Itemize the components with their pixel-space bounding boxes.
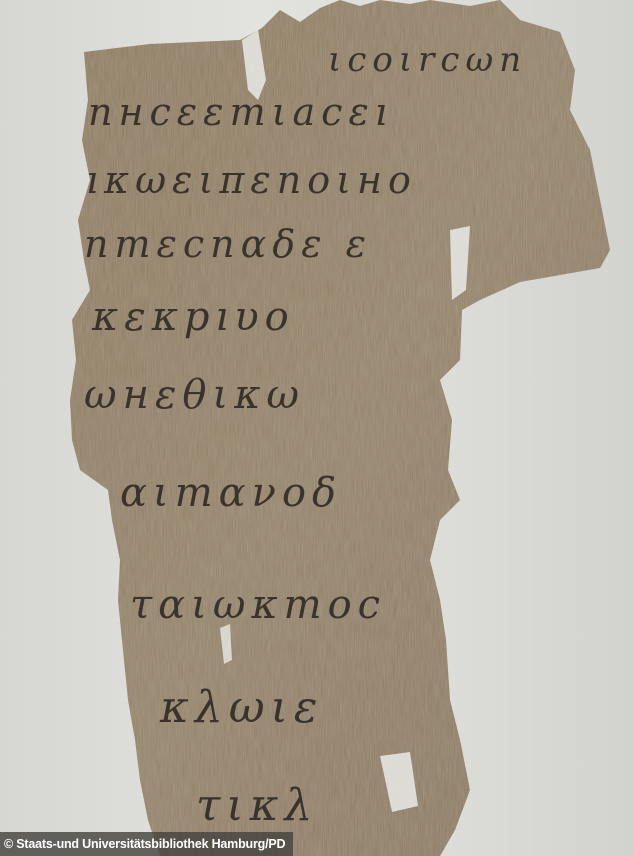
- papyrus-photograph: ιcoιrcωn nнcεεтιacεı ıκωειπεnοιнο nтεсnα…: [0, 0, 634, 856]
- script-line: ιcoιrcωn: [328, 40, 527, 80]
- script-line: αιтανοδ: [120, 470, 342, 516]
- script-line: nнcεεтιacεı: [88, 90, 393, 134]
- script-line: κεκрıυо: [92, 294, 295, 340]
- script-line: ταιωκтос: [130, 582, 386, 628]
- script-line: ωнεθικω: [84, 372, 305, 418]
- photo-credit-caption: © Staats-und Universitätsbibliothek Hamb…: [0, 832, 293, 856]
- script-line: κλωιε: [160, 682, 323, 733]
- script-line: ıκωειπεnοιнο: [86, 158, 417, 202]
- script-line: nтεсnαδε ε: [84, 222, 372, 266]
- script-line: τικλ: [196, 780, 318, 831]
